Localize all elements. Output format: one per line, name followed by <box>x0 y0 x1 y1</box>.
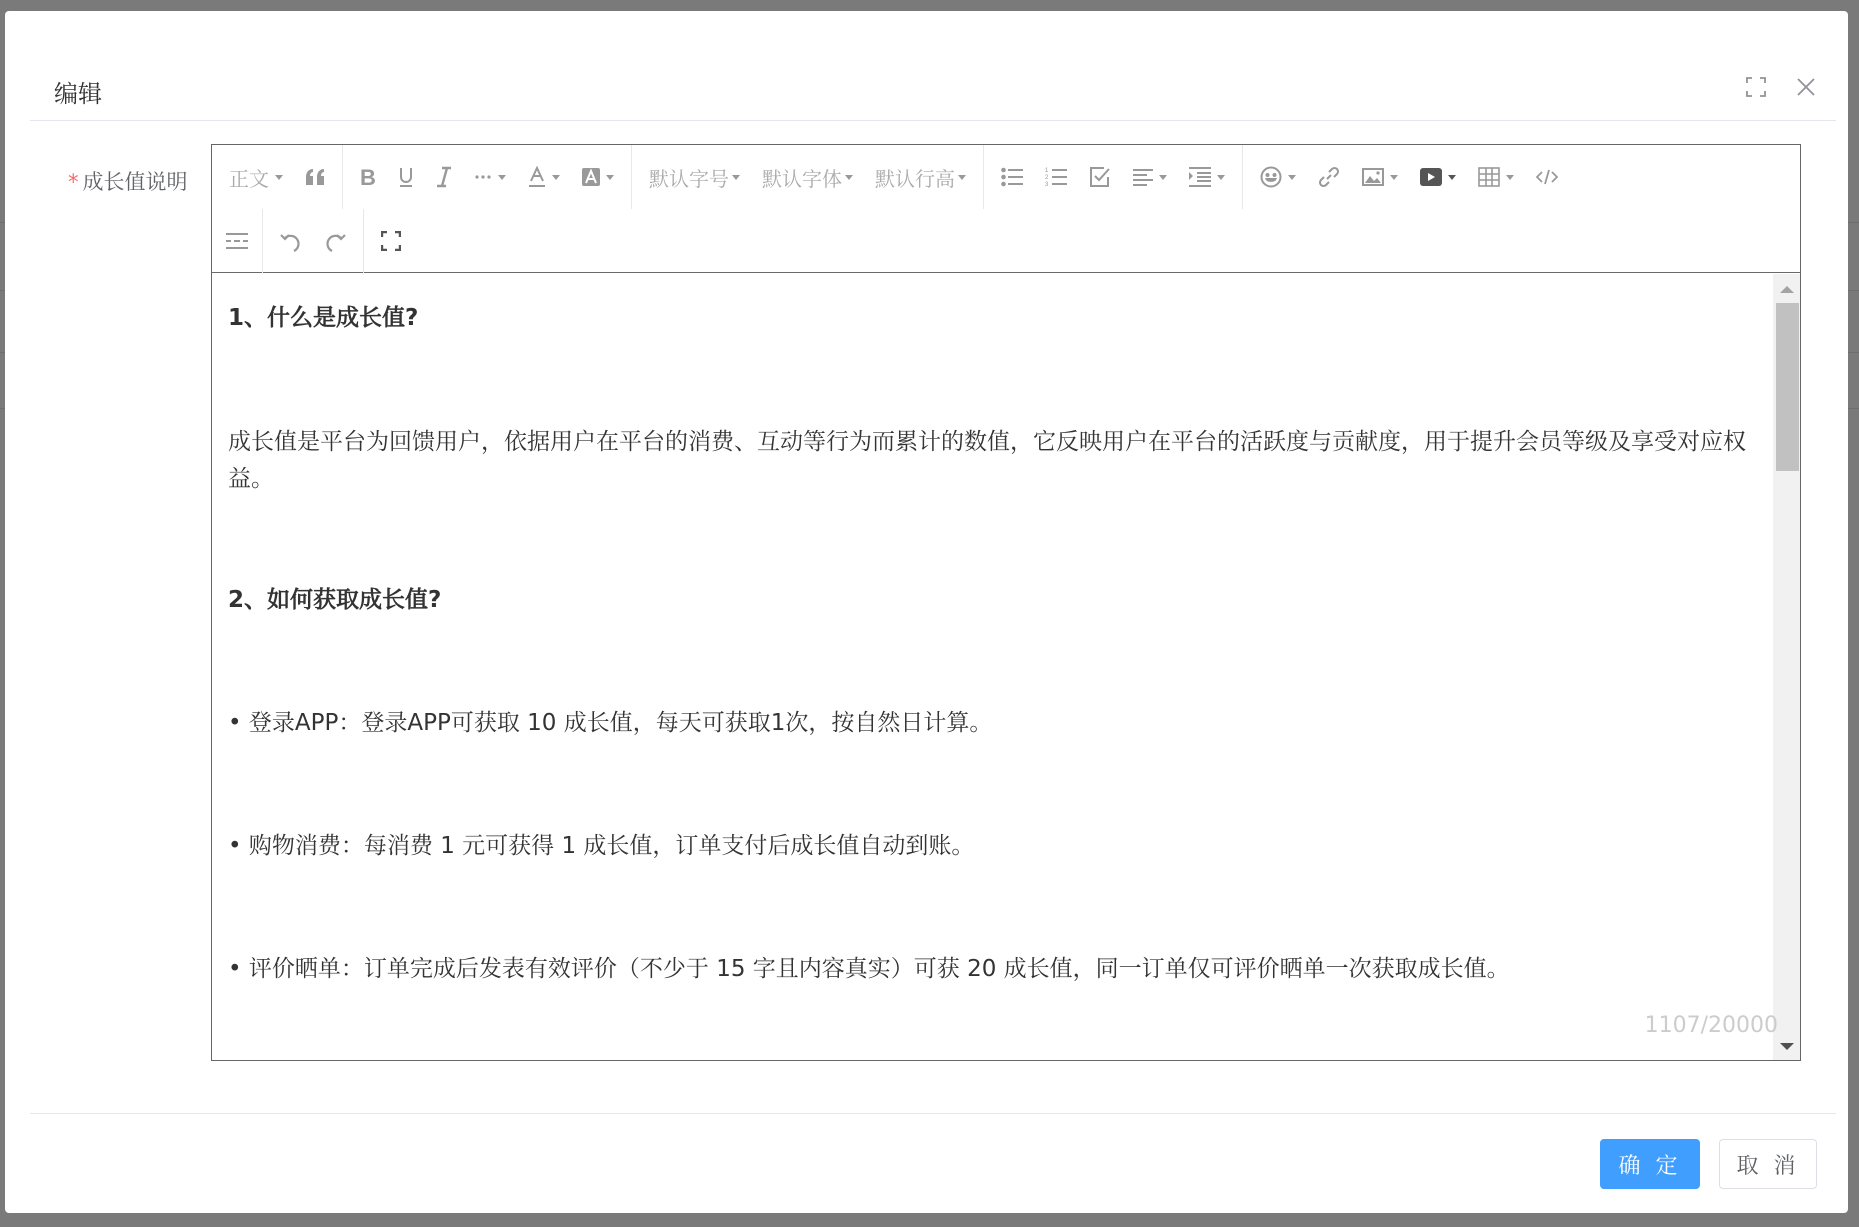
bold-icon: B <box>360 166 376 188</box>
fullscreen-icon <box>381 231 401 251</box>
editor-toolbar: 正文 B 默认字号 默认字体 默认行高 <box>212 145 1800 273</box>
scroll-up-arrow-icon[interactable] <box>1780 286 1794 293</box>
link-button[interactable] <box>1307 157 1351 197</box>
undo-icon <box>280 230 302 252</box>
italic-button[interactable] <box>425 157 463 197</box>
header-divider <box>30 120 1836 121</box>
blockquote-button[interactable] <box>294 157 336 197</box>
editor-content-area[interactable]: 1、什么是成长值? 成长值是平台为回馈用户，依据用户在平台的消费、互动等行为而累… <box>212 274 1800 1060</box>
confirm-button[interactable]: 确 定 <box>1600 1139 1700 1189</box>
bulleted-list-icon <box>1001 167 1023 187</box>
fullscreen-icon <box>1746 77 1766 97</box>
svg-text:2: 2 <box>1045 175 1049 181</box>
chevron-down-icon <box>275 175 283 180</box>
emoji-icon <box>1260 166 1282 188</box>
chevron-down-icon <box>1390 175 1398 180</box>
scroll-down-arrow-icon[interactable] <box>1780 1043 1794 1050</box>
chevron-down-icon <box>845 175 853 180</box>
table-button[interactable] <box>1467 157 1525 197</box>
quote-icon <box>305 168 325 186</box>
image-icon <box>1362 168 1384 186</box>
svg-text:1: 1 <box>1045 168 1049 174</box>
svg-text:B: B <box>360 166 376 188</box>
code-block-button[interactable] <box>1525 157 1569 197</box>
content-heading-2: 2、如何获取成长值? <box>228 582 441 619</box>
bg-color-button[interactable] <box>571 157 625 197</box>
divider-icon <box>226 232 248 250</box>
indent-button[interactable] <box>1178 157 1236 197</box>
redo-button[interactable] <box>313 221 357 261</box>
scrollbar-thumb[interactable] <box>1776 303 1799 471</box>
more-styles-button[interactable] <box>463 157 517 197</box>
chevron-down-icon <box>1506 175 1514 180</box>
cancel-button[interactable]: 取 消 <box>1719 1139 1817 1189</box>
content-bullet-login: • 登录APP：登录APP可获取 10 成长值，每天可获取1次，按自然日计算。 <box>228 705 992 742</box>
italic-icon <box>436 166 452 188</box>
bulleted-list-button[interactable] <box>990 157 1034 197</box>
heading-select[interactable]: 正文 <box>218 157 294 197</box>
close-button[interactable] <box>1794 75 1818 99</box>
underline-button[interactable] <box>387 157 425 197</box>
svg-text:3: 3 <box>1045 182 1049 188</box>
todo-button[interactable] <box>1078 157 1122 197</box>
chevron-down-icon <box>1448 175 1456 180</box>
video-icon <box>1420 168 1442 186</box>
link-icon <box>1318 166 1340 188</box>
required-mark: * <box>68 170 79 194</box>
footer-divider <box>30 1113 1836 1114</box>
close-icon <box>1796 77 1816 97</box>
rich-text-editor: 正文 B 默认字号 默认字体 默认行高 <box>211 144 1801 1061</box>
chevron-down-icon <box>498 175 506 180</box>
emoji-button[interactable] <box>1249 157 1307 197</box>
divider-button[interactable] <box>218 221 256 261</box>
fullscreen-button[interactable] <box>1744 75 1768 99</box>
editor-fullscreen-button[interactable] <box>370 221 412 261</box>
font-color-button[interactable] <box>517 157 571 197</box>
chevron-down-icon <box>1217 175 1225 180</box>
redo-icon <box>324 230 346 252</box>
bg-color-icon <box>582 168 600 186</box>
character-counter: 1107/20000 <box>1645 1013 1778 1038</box>
code-icon <box>1536 169 1558 185</box>
chevron-down-icon <box>552 175 560 180</box>
underline-icon <box>398 166 414 188</box>
font-color-icon <box>528 166 546 188</box>
chevron-down-icon <box>1288 175 1296 180</box>
dialog-title: 编辑 <box>54 74 102 109</box>
checkbox-icon <box>1089 166 1111 188</box>
content-bullet-shopping: • 购物消费：每消费 1 元可获得 1 成长值，订单支付后成长值自动到账。 <box>228 828 974 865</box>
numbered-list-button[interactable]: 123 <box>1034 157 1078 197</box>
font-size-select[interactable]: 默认字号 <box>638 157 751 197</box>
content-scrollbar[interactable] <box>1773 274 1800 1060</box>
bold-button[interactable]: B <box>349 157 387 197</box>
content-bullet-review: • 评价晒单：订单完成后发表有效评价（不少于 15 字且内容真实）可获 20 成… <box>228 951 1510 988</box>
chevron-down-icon <box>606 175 614 180</box>
chevron-down-icon <box>1159 175 1167 180</box>
font-family-select[interactable]: 默认字体 <box>751 157 864 197</box>
align-button[interactable] <box>1122 157 1178 197</box>
content-heading-1: 1、什么是成长值? <box>228 300 418 337</box>
numbered-list-icon: 123 <box>1045 166 1067 188</box>
undo-button[interactable] <box>269 221 313 261</box>
chevron-down-icon <box>958 175 966 180</box>
video-button[interactable] <box>1409 157 1467 197</box>
line-height-select[interactable]: 默认行高 <box>864 157 977 197</box>
chevron-down-icon <box>732 175 740 180</box>
form-label-growth-description: *成长值说明 <box>68 166 188 196</box>
indent-icon <box>1189 167 1211 187</box>
content-paragraph-1: 成长值是平台为回馈用户，依据用户在平台的消费、互动等行为而累计的数值，它反映用户… <box>228 424 1748 498</box>
image-button[interactable] <box>1351 157 1409 197</box>
table-icon <box>1478 167 1500 187</box>
more-icon <box>474 174 492 180</box>
edit-dialog: 编辑 *成长值说明 正文 B <box>5 11 1848 1213</box>
align-left-icon <box>1133 168 1153 186</box>
